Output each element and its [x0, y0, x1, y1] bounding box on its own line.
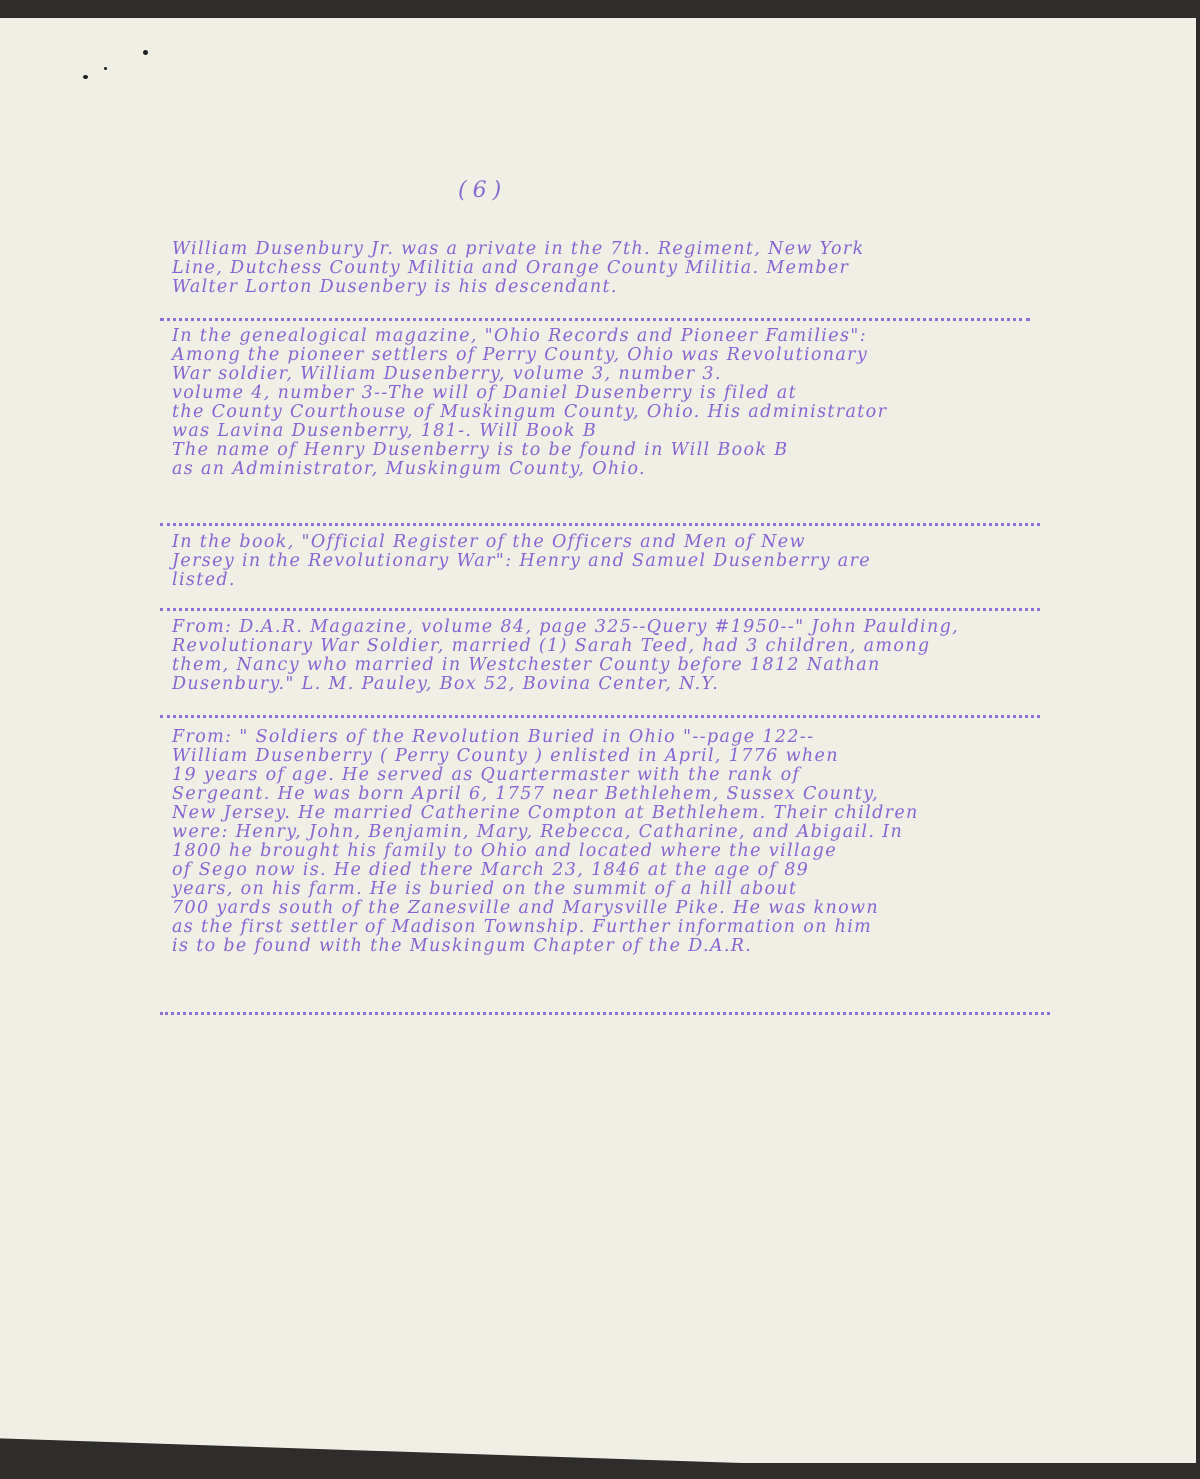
- text-line: Walter Lorton Dusenbery is his descendan…: [172, 278, 1032, 297]
- text-line: them, Nancy who married in Westchester C…: [172, 656, 1032, 675]
- text-line: listed.: [172, 571, 1032, 590]
- ink-speck: [83, 75, 88, 79]
- divider: [160, 318, 1030, 321]
- text-line: William Dusenberry ( Perry County ) enli…: [172, 747, 1032, 766]
- text-line: 1800 he brought his family to Ohio and l…: [172, 842, 1032, 861]
- text-line: 700 yards south of the Zanesville and Ma…: [172, 899, 1032, 918]
- text-line: as the first settler of Madison Township…: [172, 918, 1032, 937]
- text-line: Sergeant. He was born April 6, 1757 near…: [172, 785, 1032, 804]
- divider: [160, 523, 1040, 526]
- text-line: In the genealogical magazine, "Ohio Reco…: [172, 327, 1032, 346]
- ink-speck: [143, 50, 148, 55]
- entry-ohio-records: In the genealogical magazine, "Ohio Reco…: [172, 327, 1032, 479]
- text-line: William Dusenbury Jr. was a private in t…: [172, 240, 1032, 259]
- text-line: New Jersey. He married Catherine Compton…: [172, 804, 1032, 823]
- text-line: Dusenbury." L. M. Pauley, Box 52, Bovina…: [172, 675, 1032, 694]
- text-line: From: D.A.R. Magazine, volume 84, page 3…: [172, 618, 1032, 637]
- entry-dar-magazine: From: D.A.R. Magazine, volume 84, page 3…: [172, 618, 1032, 694]
- text-line: 19 years of age. He served as Quartermas…: [172, 766, 1032, 785]
- text-line: of Sego now is. He died there March 23, …: [172, 861, 1032, 880]
- text-line: War soldier, William Dusenberry, volume …: [172, 365, 1032, 384]
- text-line: Jersey in the Revolutionary War": Henry …: [172, 552, 1032, 571]
- text-line: the County Courthouse of Muskingum Count…: [172, 403, 1032, 422]
- text-line: The name of Henry Dusenberry is to be fo…: [172, 441, 1032, 460]
- entry-william-dusenbury-jr: William Dusenbury Jr. was a private in t…: [172, 240, 1032, 297]
- divider: [160, 715, 1040, 718]
- text-line: Revolutionary War Soldier, married (1) S…: [172, 637, 1032, 656]
- text-line: years, on his farm. He is buried on the …: [172, 880, 1032, 899]
- text-line: In the book, "Official Register of the O…: [172, 533, 1032, 552]
- ink-speck: [104, 67, 107, 70]
- text-line: Line, Dutchess County Militia and Orange…: [172, 259, 1032, 278]
- text-line: was Lavina Dusenberry, 181-. Will Book B: [172, 422, 1032, 441]
- text-line: is to be found with the Muskingum Chapte…: [172, 937, 1032, 956]
- divider: [160, 1012, 1050, 1015]
- divider: [160, 608, 1040, 611]
- text-line: were: Henry, John, Benjamin, Mary, Rebec…: [172, 823, 1032, 842]
- page-number: (6): [458, 178, 507, 203]
- text-line: From: " Soldiers of the Revolution Burie…: [172, 728, 1032, 747]
- entry-soldiers-buried-in-ohio: From: " Soldiers of the Revolution Burie…: [172, 728, 1032, 956]
- text-line: volume 4, number 3--The will of Daniel D…: [172, 384, 1032, 403]
- text-line: as an Administrator, Muskingum County, O…: [172, 460, 1032, 479]
- entry-official-register: In the book, "Official Register of the O…: [172, 533, 1032, 590]
- text-line: Among the pioneer settlers of Perry Coun…: [172, 346, 1032, 365]
